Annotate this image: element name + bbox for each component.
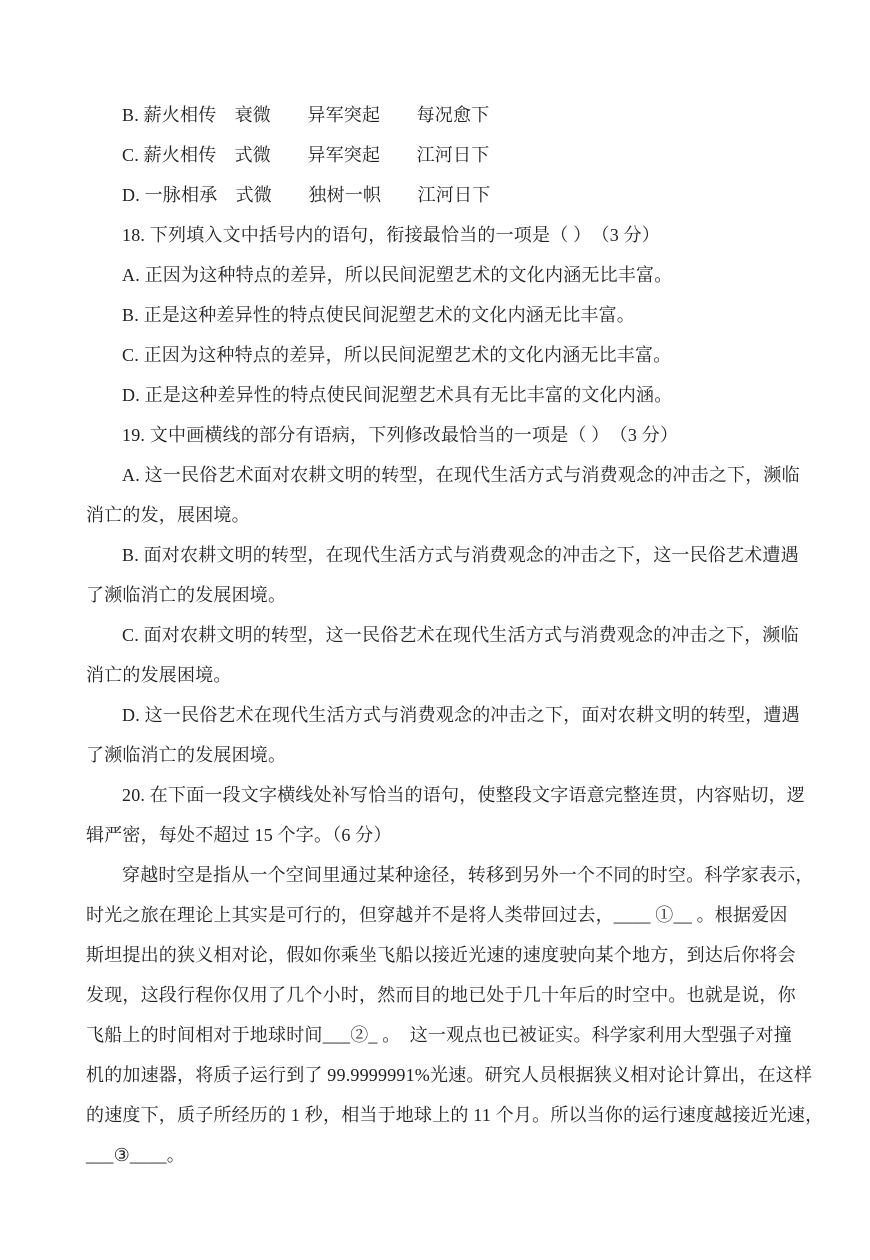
q20-stem-line-1: 20. 在下面一段文字横线处补写恰当的语句，使整段文字语意完整连贯，内容贴切，逻 xyxy=(86,775,802,815)
q20-stem-line-2: 辑严密，每处不超过 15 个字。（6 分） xyxy=(86,815,802,855)
q18-stem: 18. 下列填入文中括号内的语句，衔接最恰当的一项是（ ） （3 分） xyxy=(86,215,802,255)
q18-option-c: C. 正因为这种特点的差异，所以民间泥塑艺术的文化内涵无比丰富。 xyxy=(86,335,802,375)
q17-option-d: D. 一脉相承 式微 独树一帜 江河日下 xyxy=(86,175,802,215)
q20-passage-line-8: ___③____。 xyxy=(86,1135,802,1175)
q18-option-a: A. 正因为这种特点的差异，所以民间泥塑艺术的文化内涵无比丰富。 xyxy=(86,255,802,295)
q19-option-d-line-2: 了濒临消亡的发展困境。 xyxy=(86,735,802,775)
q19-option-c-line-2: 消亡的发展困境。 xyxy=(86,655,802,695)
q20-passage-line-1: 穿越时空是指从一个空间里通过某种途径，转移到另外一个不同的时空。科学家表示， xyxy=(86,855,802,895)
q20-passage-line-6: 机的加速器，将质子运行到了 99.9999991%光速。研究人员根据狭义相对论计… xyxy=(86,1055,802,1095)
q19-option-b-line-1: B. 面对农耕文明的转型，在现代生活方式与消费观念的冲击之下，这一民俗艺术遭遇 xyxy=(86,535,802,575)
q17-option-c: C. 薪火相传 式微 异军突起 江河日下 xyxy=(86,135,802,175)
q19-option-a-line-1: A. 这一民俗艺术面对农耕文明的转型，在现代生活方式与消费观念的冲击之下，濒临 xyxy=(86,455,802,495)
q20-passage-line-5: 飞船上的时间相对于地球时间___②_ 。 这一观点也已被证实。科学家利用大型强子… xyxy=(86,1015,802,1055)
q20-passage-line-7: 的速度下，质子所经历的 1 秒，相当于地球上的 11 个月。所以当你的运行速度越… xyxy=(86,1095,802,1135)
q20-passage-line-3: 斯坦提出的狭义相对论，假如你乘坐飞船以接近光速的速度驶向某个地方，到达后你将会 xyxy=(86,935,802,975)
q20-passage-line-2: 时光之旅在理论上其实是可行的，但穿越并不是将人类带回过去，____ ①__ 。根… xyxy=(86,895,802,935)
q17-option-b: B. 薪火相传 衰微 异军突起 每况愈下 xyxy=(86,95,802,135)
q19-option-a-line-2: 消亡的发，展困境。 xyxy=(86,495,802,535)
q19-option-b-line-2: 了濒临消亡的发展困境。 xyxy=(86,575,802,615)
q20-passage-line-4: 发现，这段行程你仅用了几个小时，然而目的地已处于几十年后的时空中。也就是说，你 xyxy=(86,975,802,1015)
q19-option-c-line-1: C. 面对农耕文明的转型，这一民俗艺术在现代生活方式与消费观念的冲击之下，濒临 xyxy=(86,615,802,655)
q19-option-d-line-1: D. 这一民俗艺术在现代生活方式与消费观念的冲击之下，面对农耕文明的转型，遭遇 xyxy=(86,695,802,735)
q18-option-d: D. 正是这种差异性的特点使民间泥塑艺术具有无比丰富的文化内涵。 xyxy=(86,375,802,415)
q18-option-b: B. 正是这种差异性的特点使民间泥塑艺术的文化内涵无比丰富。 xyxy=(86,295,802,335)
q19-stem: 19. 文中画横线的部分有语病，下列修改最恰当的一项是（ ） （3 分） xyxy=(86,415,802,455)
exam-page: B. 薪火相传 衰微 异军突起 每况愈下 C. 薪火相传 式微 异军突起 江河日… xyxy=(0,0,870,1260)
document-text-block: B. 薪火相传 衰微 异军突起 每况愈下 C. 薪火相传 式微 异军突起 江河日… xyxy=(86,95,802,1175)
